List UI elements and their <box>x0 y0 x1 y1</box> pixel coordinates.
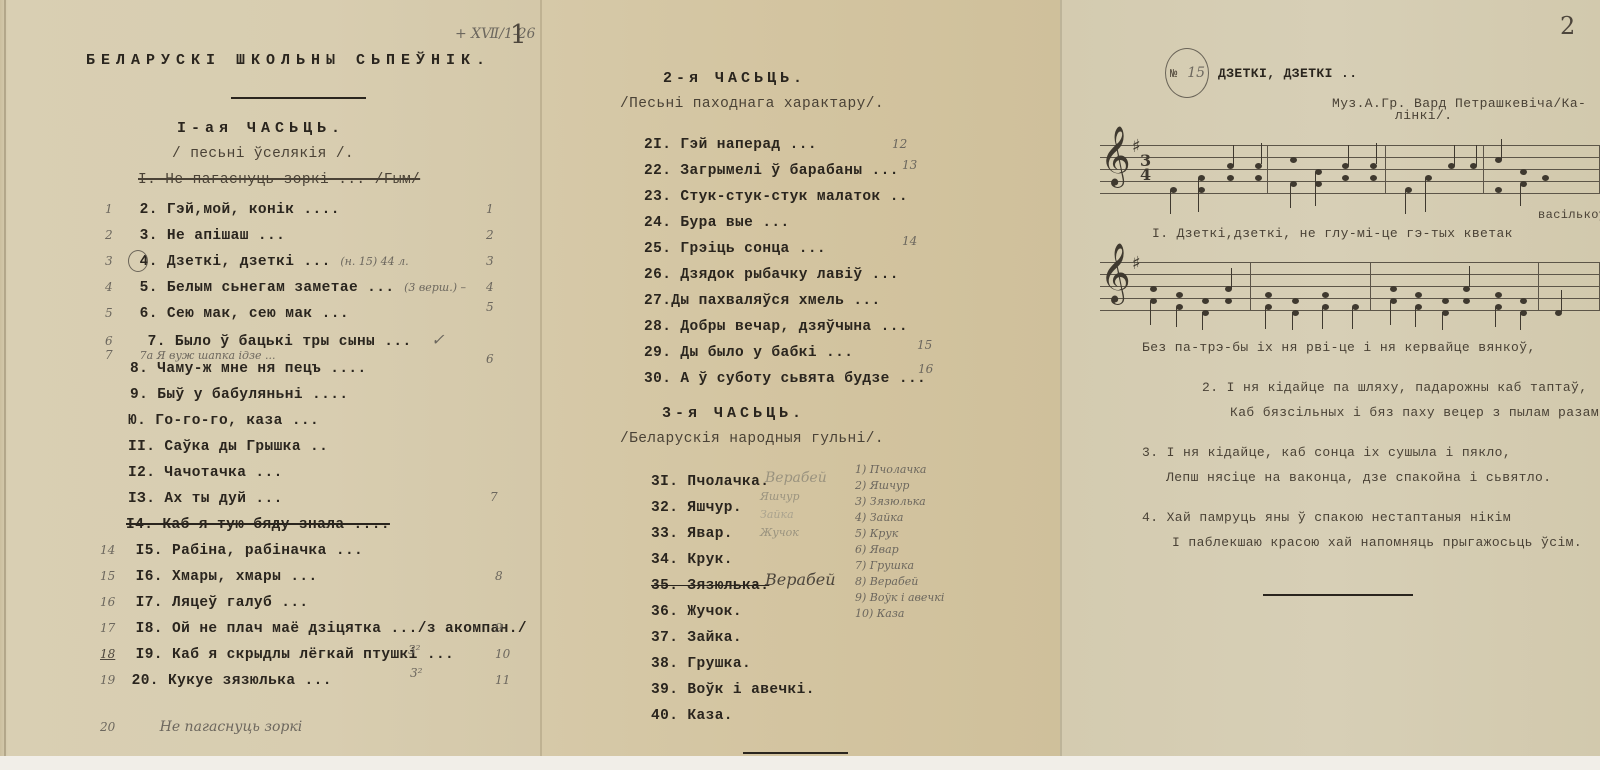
handwritten-note: (3 верш.) – <box>404 281 466 294</box>
list-item: 29. Ды было у бабкі ... <box>644 345 853 361</box>
handwritten-note: 3² <box>410 666 422 680</box>
section-2-subtitle: /Песьні паходнага характару/. <box>620 96 884 112</box>
list-item: І4. Каб я тую бяду знала .... <box>126 515 390 533</box>
list-item: 2 3. Не апішаш ... <box>105 226 285 244</box>
page-number: 1 <box>510 20 527 50</box>
page-fold <box>1060 0 1062 770</box>
treble-clef-icon: 𝄞 <box>1100 130 1131 182</box>
lyrics-line-1: І. Дзеткі,дзеткі, не глу-мі-це гэ-тых кв… <box>1152 226 1513 241</box>
list-item: 9. Быў у бабуляньні .... <box>130 385 348 403</box>
list-item: 19 20. Кукуе зязюлька ... <box>100 671 332 689</box>
treble-clef-icon: 𝄞 <box>1100 247 1131 299</box>
list-item: ІІ. Саўка ды Грышка .. <box>128 437 328 455</box>
list-item: 33. Явар. <box>651 524 733 542</box>
page-ref: 8 <box>495 569 503 583</box>
list-item: 16 І7. Ляцеў галуб ... <box>100 593 309 611</box>
section-1-subtitle: / песьні ўселякія /. <box>172 146 354 162</box>
scanned-document: + ⅩⅦ/1-26 1 БЕЛАРУСКІ ШКОЛЬНЫ СЬПЕЎНІК. … <box>0 0 1600 770</box>
page-ref: 10 <box>495 647 510 661</box>
page-ref: 5 <box>486 300 494 314</box>
list-item: 28. Добры вечар, дзяўчына ... <box>644 319 908 335</box>
list-item: 5 6. Сею мак, сею мак ... <box>105 304 349 322</box>
page-1: + ⅩⅦ/1-26 1 БЕЛАРУСКІ ШКОЛЬНЫ СЬПЕЎНІК. … <box>0 0 540 770</box>
page-ref: 6 <box>486 352 494 366</box>
list-item: 3 4. Дзеткі, дзеткі ... (н. 15) 44 л. <box>105 252 409 270</box>
page-ref: 9 <box>495 621 503 635</box>
page-number: 2 <box>1560 12 1575 40</box>
page-ref: 1 <box>486 202 494 216</box>
music-staff-2 <box>1100 262 1600 314</box>
handwritten-note: Не пагаснуць зоркі <box>160 719 303 735</box>
circle-mark <box>128 250 148 272</box>
list-item: 30. А ў суботу сьвята будзе ... <box>644 371 926 387</box>
handwritten-note: (н. 15) 44 л. <box>340 255 408 268</box>
list-item: 14 І5. Рабіна, рабіначка ... <box>100 541 363 559</box>
list-item: І2. Чачотачка ... <box>128 463 283 481</box>
list-item: 17 І8. Ой не плач маё дзіцятка .../з ако… <box>100 619 527 637</box>
page-ref: 7 <box>490 490 498 504</box>
document-title: БЕЛАРУСКІ ШКОЛЬНЫ СЬПЕЎНІК. <box>86 52 491 69</box>
scan-border <box>0 756 1600 770</box>
handwritten-margin-list: 1) Пчолачка 2) Яшчур 3) Зязюлька 4) Зайк… <box>855 462 944 622</box>
composer-line-2: лінкі/. <box>1395 108 1452 123</box>
list-item: 20 Не пагаснуць зоркі <box>100 718 302 736</box>
page-fold <box>540 0 542 770</box>
handwritten-note: 3² <box>408 643 420 657</box>
list-item: 3І. Пчолачка. <box>651 472 769 490</box>
song-number: № 15 <box>1170 64 1205 82</box>
page-ref: 4 <box>486 280 494 294</box>
verse-3-line-1: 3. І ня кідайце, каб сонца іх сушыла і п… <box>1142 445 1511 460</box>
section-3-heading: 3-я ЧАСЬЦЬ. <box>662 405 805 422</box>
page-ref: 12 <box>892 137 907 151</box>
song-title: ДЗЕТКІ, ДЗЕТКІ .. <box>1218 66 1357 81</box>
section-3-subtitle: /Беларускія народныя гульні/. <box>620 431 884 447</box>
list-item: 8. Чаму-ж мне ня пецъ .... <box>130 359 367 377</box>
check-mark-icon: ✓ <box>431 330 444 349</box>
verse-2-line-2: Каб бязсільных і бяз паху вецер з пылам … <box>1230 405 1600 420</box>
page-ref: 15 <box>917 338 932 352</box>
page-ref: 13 <box>902 158 917 172</box>
handwritten-note: Жучок <box>760 526 799 539</box>
list-item: 18 І9. Каб я скрыдлы лёгкай птушкі ... <box>100 645 454 663</box>
verse-4-line-1: 4. Хай памруць яны ў спакою нестаптаныя … <box>1142 510 1511 525</box>
page-ref: 2 <box>486 228 494 242</box>
section-2-heading: 2-я ЧАСЬЦЬ. <box>663 70 806 87</box>
list-item: 15 І6. Хмары, хмары ... <box>100 567 318 585</box>
list-item: 40. Каза. <box>651 706 733 724</box>
composer-line-1: Муз.А.Гр. Вард Петрашкевіча/Ка- <box>1332 96 1586 111</box>
page-ref: 14 <box>902 234 917 248</box>
sharp-icon: ♯ <box>1132 253 1141 274</box>
page-ref: 11 <box>495 673 510 687</box>
list-item: 38. Грушка. <box>651 654 751 672</box>
page-2: 2-я ЧАСЬЦЬ. /Песьні паходнага характару/… <box>540 0 1060 770</box>
end-divider <box>1263 594 1413 596</box>
list-item: 27.Ды пахваляўся хмель ... <box>644 293 881 309</box>
list-item: ІЗ. Ах ты дуй ... <box>128 489 283 507</box>
verse-3-line-2: Лепш нясіце на ваконца, дзе спакойна і с… <box>1166 470 1551 485</box>
list-item: 37. Зайка. <box>651 628 742 646</box>
list-item: 26. Дзядок рыбачку лавіў ... <box>644 267 899 283</box>
verse-4-line-2: І паблекшаю красою хай напомняць прыгажо… <box>1172 535 1582 550</box>
time-signature: 3 4 <box>1140 154 1151 182</box>
page-ref: 3 <box>486 254 494 268</box>
lyrics-line-2: Без па-трэ-бы іх ня рві-це і ня кервайце… <box>1142 340 1536 355</box>
list-item: 34. Крук. <box>651 550 733 568</box>
list-item: 2І. Гэй наперад ... <box>644 137 817 153</box>
page-ref: 16 <box>918 362 933 376</box>
list-item: 1 2. Гэй,мой, конік .... <box>105 200 340 218</box>
list-item: Ю. Го-го-го, каза ... <box>128 411 319 429</box>
list-item: 4 5. Белым сьнегам заметае ... (3 верш.)… <box>105 278 466 296</box>
handwritten-note: Яшчур <box>760 490 800 503</box>
list-item: 32. Яшчур. <box>651 498 742 516</box>
list-item: 24. Бура вые ... <box>644 215 790 231</box>
list-item: 36. Жучок. <box>651 602 742 620</box>
list-item: 35. Зязюлька. <box>651 576 769 594</box>
music-staff-1 <box>1100 145 1600 197</box>
handwritten-note: Зайка <box>760 508 794 521</box>
lyrics-line-1-note: васількоў <box>1538 208 1600 222</box>
list-item: 39. Воўк і авечкі. <box>651 680 815 698</box>
page-edge <box>4 0 6 770</box>
title-divider <box>231 97 366 99</box>
section-1-heading: І-ая ЧАСЬЦЬ. <box>177 120 345 137</box>
verse-2-line-1: 2. І ня кідайце па шляху, падарожны каб … <box>1202 380 1587 395</box>
end-divider <box>743 752 848 754</box>
handwritten-note: Верабей <box>765 570 836 589</box>
struck-item-1: І. Не пагаснуць зоркі ... /Гым/ <box>138 172 420 188</box>
list-item: 22. Загрымелі ў барабаны ... <box>644 163 899 179</box>
list-item: 23. Стук-стук-стук малаток .. <box>644 189 908 205</box>
list-item: 25. Грэіць сонца ... <box>644 241 826 257</box>
handwritten-note: Верабей <box>765 470 827 486</box>
page-3: 2 № 15 ДЗЕТКІ, ДЗЕТКІ .. Муз.А.Гр. Вард … <box>1060 0 1600 770</box>
